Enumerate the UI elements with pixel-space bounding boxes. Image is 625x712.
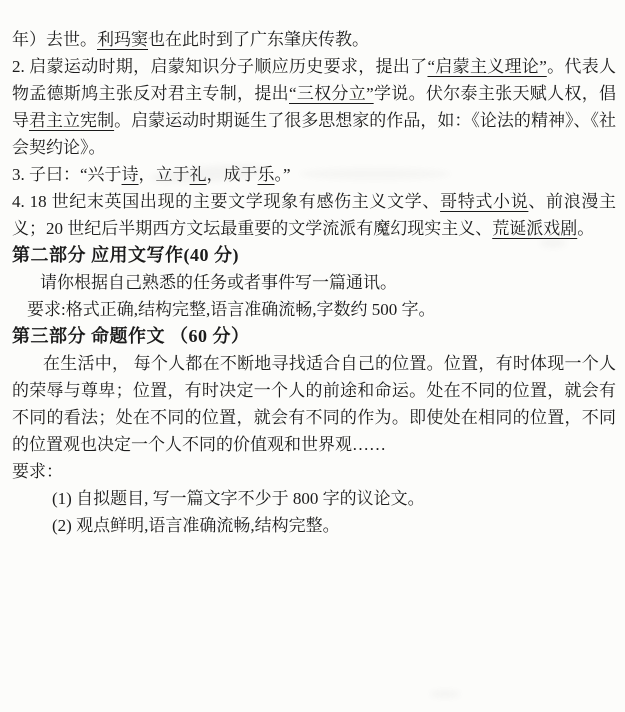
text-run: 也在此时到了广东肇庆传教。 — [148, 30, 369, 49]
underlined-term: 君主立宪制 — [29, 111, 114, 130]
section-3-requirements-label: 要求： — [12, 458, 616, 485]
text-run: 4. 18 世纪末英国出现的主要文学现象有感伤主义文学、 — [12, 192, 440, 211]
text-run: 年）去世。 — [12, 30, 97, 49]
underlined-term: 利玛窦 — [97, 30, 148, 49]
underlined-term: 诗 — [122, 165, 139, 184]
section-2-heading: 第二部分 应用文写作(40 分) — [12, 242, 616, 269]
scanned-exam-page: 年）去世。利玛窦也在此时到了广东肇庆传教。 2. 启蒙运动时期，启蒙知识分子顺应… — [0, 0, 625, 712]
scan-smudge — [430, 690, 460, 698]
paragraph-1: 年）去世。利玛窦也在此时到了广东肇庆传教。 — [12, 26, 616, 53]
section-3-requirement-item-1: (1) 自拟题目, 写一篇文字不少于 800 字的议论文。 — [12, 485, 616, 512]
text-run: ，成于 — [207, 165, 258, 184]
section-2-task-line: 请你根据自己熟悉的任务或者事件写一篇通讯。 — [12, 269, 616, 296]
section-3-prompt: 在生活中， 每个人都在不断地寻找适合自己的位置。位置，有时体现一个人的荣辱与尊卑… — [12, 350, 616, 458]
text-run: 。 — [577, 219, 594, 238]
text-run: 2. 启蒙运动时期，启蒙知识分子顺应历史要求，提出了 — [12, 57, 427, 76]
text-run: 。” — [275, 165, 291, 184]
underlined-term: “启蒙主义理论” — [427, 57, 546, 76]
underlined-term: “三权分立” — [289, 84, 374, 103]
section-2-requirement-line: 要求:格式正确,结构完整,语言准确流畅,字数约 500 字。 — [12, 296, 616, 323]
underlined-term: 乐 — [258, 165, 275, 184]
text-run: 3. 子曰：“兴于 — [12, 165, 122, 184]
underlined-term: 荒诞派戏剧 — [492, 219, 577, 238]
underlined-term: 礼 — [190, 165, 207, 184]
paragraph-4: 4. 18 世纪末英国出现的主要文学现象有感伤主义文学、哥特式小说、前浪漫主义；… — [12, 188, 616, 242]
underlined-term: 哥特式小说 — [440, 192, 528, 211]
section-3-heading: 第三部分 命题作文 （60 分） — [12, 323, 616, 350]
text-run: ，立于 — [139, 165, 190, 184]
paragraph-3: 3. 子曰：“兴于诗，立于礼，成于乐。” — [12, 161, 616, 188]
section-3-requirement-item-2: (2) 观点鲜明,语言准确流畅,结构完整。 — [12, 512, 616, 539]
paragraph-2: 2. 启蒙运动时期，启蒙知识分子顺应历史要求，提出了“启蒙主义理论”。代表人物孟… — [12, 53, 616, 161]
